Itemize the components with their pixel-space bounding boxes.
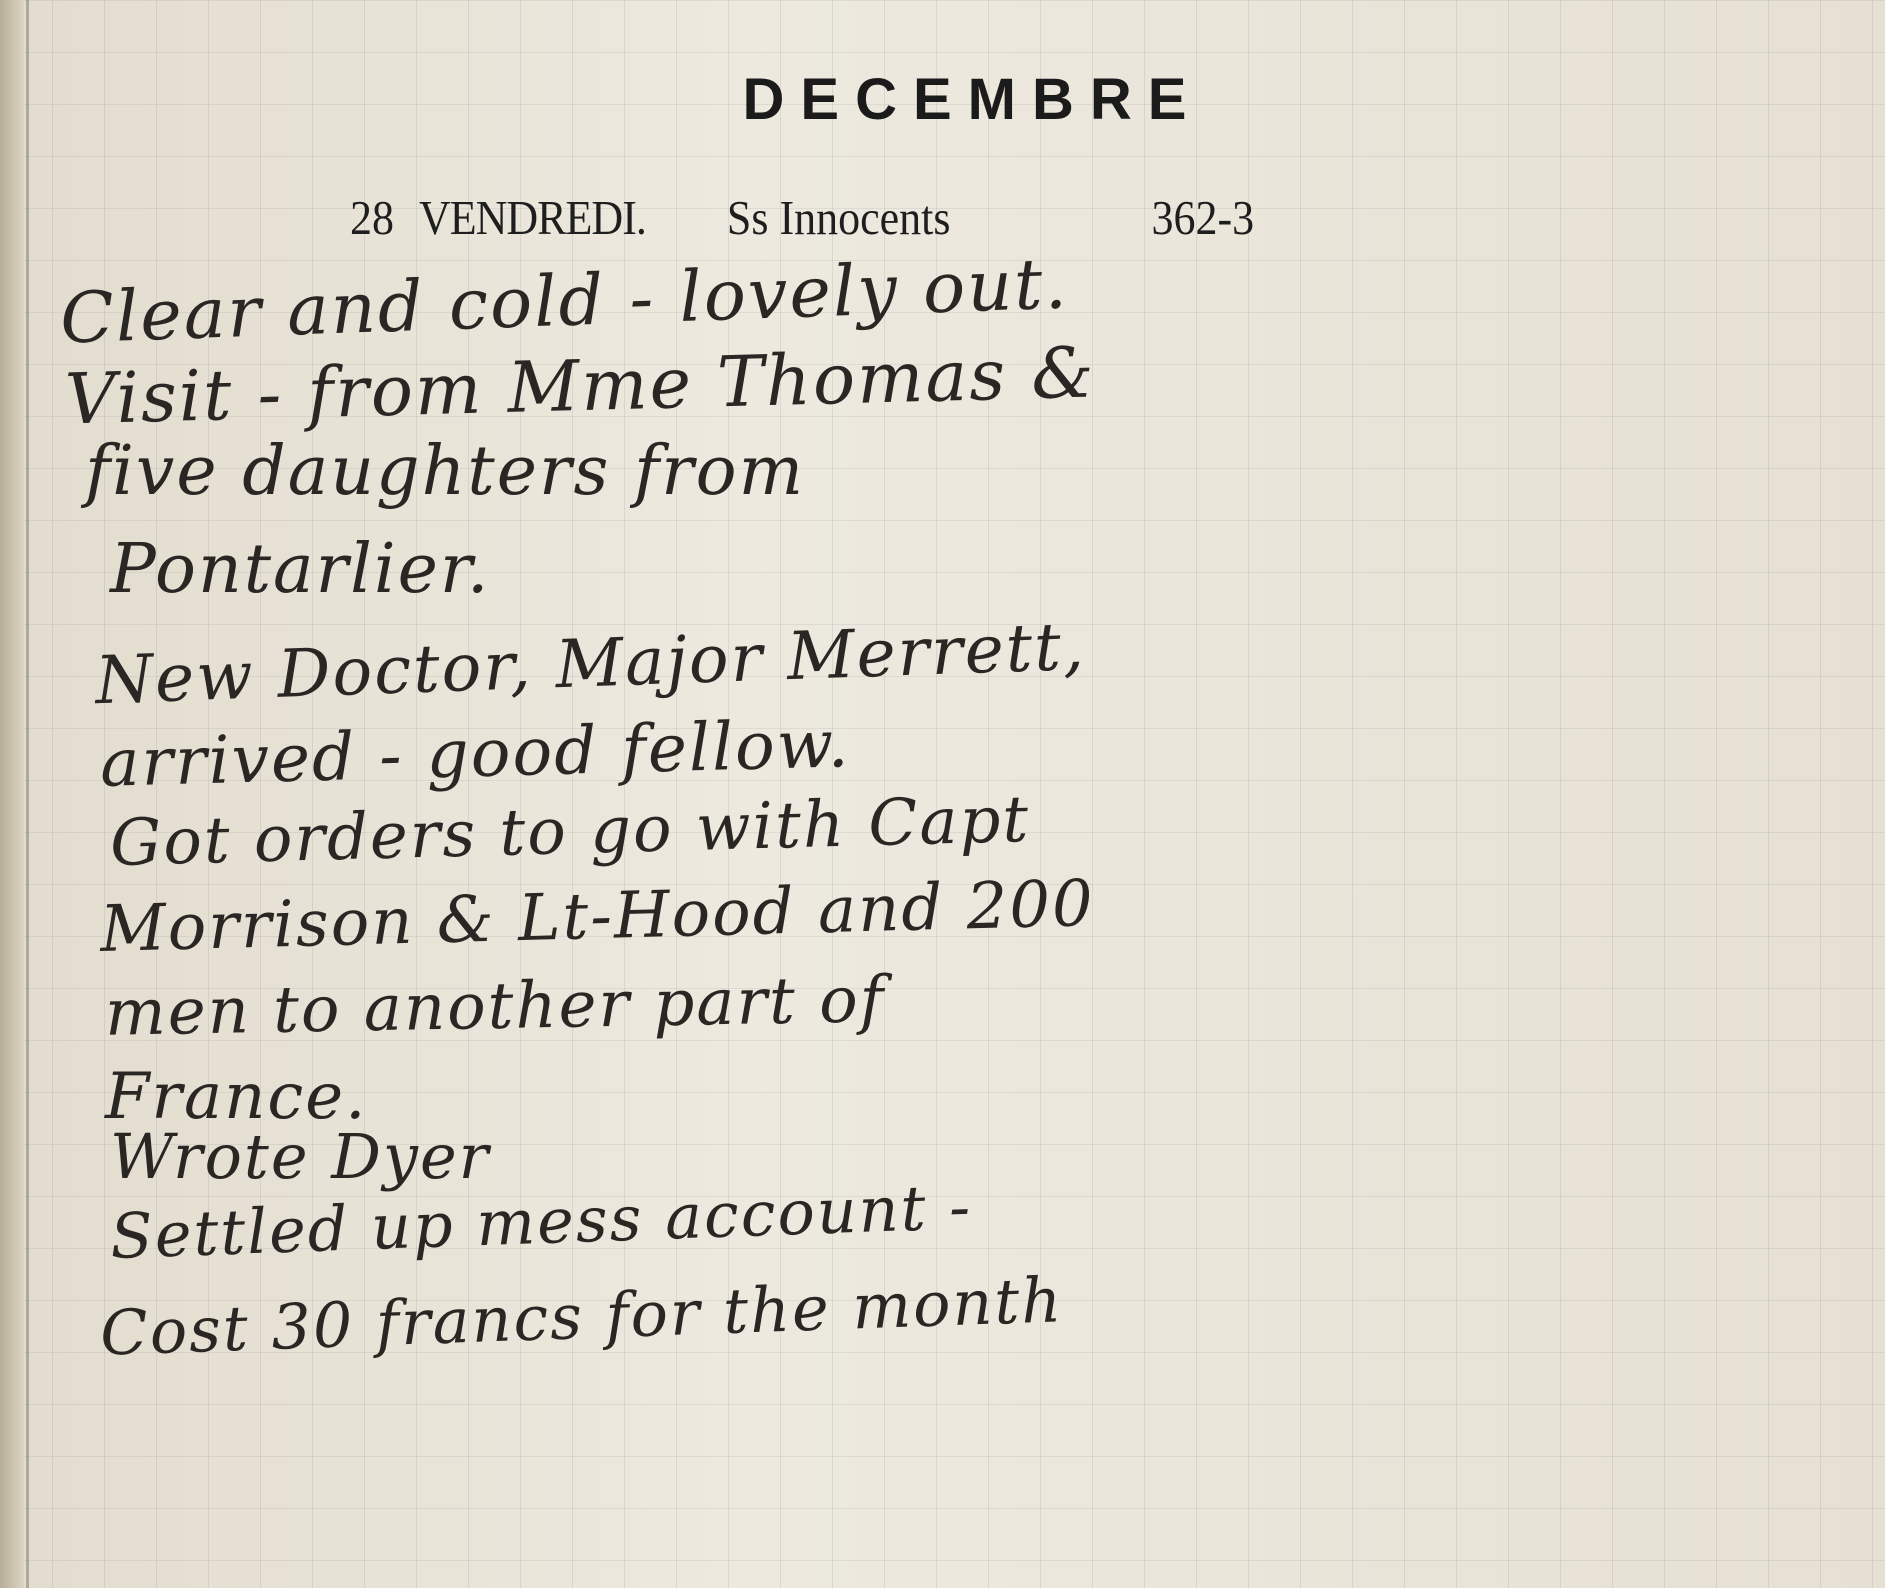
entry-line: New Doctor, Major Merrett, [94, 608, 1087, 720]
entry-line: Cost 30 francs for the month [99, 1263, 1064, 1370]
entry-line: Pontarlier. [110, 530, 491, 609]
page-binding-edge [0, 0, 24, 1588]
day-header: 28 VENDREDI. Ss Innocents 362-3 [350, 190, 1254, 246]
day-of-year: 362-3 [1152, 190, 1255, 246]
entry-line: Morrison & Lt-Hood and 200 [99, 867, 1095, 967]
day-name: VENDREDI. [419, 190, 646, 246]
diary-page: DECEMBRE 28 VENDREDI. Ss Innocents 362-3… [0, 0, 1885, 1588]
margin-rule [26, 0, 29, 1588]
month-heading: DECEMBRE [0, 66, 1885, 133]
entry-line: five daughters from [85, 432, 805, 511]
entry-line: arrived - good fellow. [99, 705, 851, 802]
entry-line: men to another part of [104, 963, 886, 1051]
day-number: 28 [350, 190, 394, 246]
saint-day: Ss Innocents [727, 190, 951, 246]
entry-line: Wrote Dyer [110, 1120, 490, 1193]
